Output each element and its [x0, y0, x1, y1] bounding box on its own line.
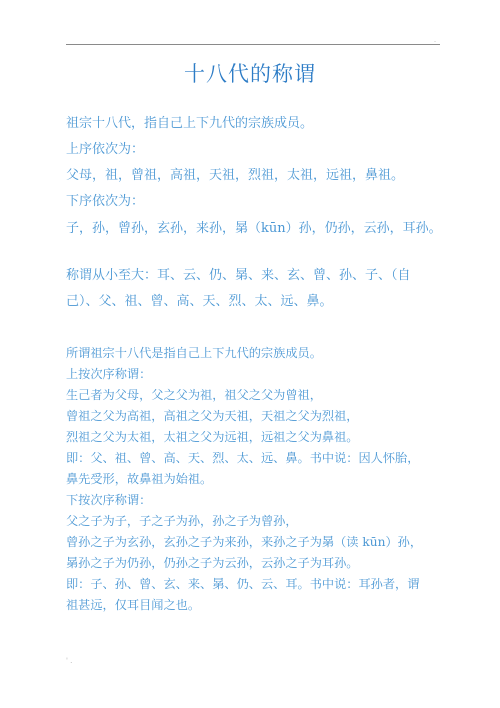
paragraph-line: 父之子为子，子之子为孙，孙之子为曾孙， — [66, 512, 298, 529]
paragraph-line: 所谓祖宗十八代是指自己上下九代的宗族成员。 — [66, 344, 322, 361]
paragraph-line: 称谓从小至大：耳、云、仍、晜、来、玄、曾、孙、子、（自 — [66, 264, 411, 283]
paragraph-line: 上按次序称谓： — [66, 365, 151, 382]
header-mark: - — [434, 38, 436, 45]
paragraph-line: 祖宗十八代，指自己上下九代的宗族成员。 — [66, 112, 313, 131]
paragraph-line: 父母，祖，曾祖，高祖，天祖，烈祖，太祖，远祖，鼻祖。 — [66, 164, 404, 183]
paragraph-line: 己）、父、祖、曾、高、天、烈、太、远、鼻。 — [66, 290, 333, 309]
paragraph-line: 生己者为父母，父之父为祖，祖父之父为曾祖， — [66, 386, 322, 403]
paragraph-line: 烈祖之父为太祖，太祖之父为远祖，远祖之父为鼻祖。 — [66, 428, 359, 445]
paragraph-line: 晜孙之子为仍孙，仍孙之子为云孙，云孙之子为耳孙。 — [66, 554, 359, 571]
paragraph-line: 下序依次为： — [66, 190, 144, 209]
paragraph-line: 曾孙之子为玄孙，玄孙之子为来孙，来孙之子为晜（读 kūn）孙， — [66, 533, 422, 550]
header-rule — [66, 44, 440, 45]
paragraph-line: 曾祖之父为高祖，高祖之父为天祖，天祖之父为烈祖， — [66, 407, 359, 424]
paragraph-line: 即：子、孙、曾、玄、来、晜、仍、云、耳。书中说：耳孙者，谓 — [66, 575, 419, 592]
paragraph-line: 下按次序称谓： — [66, 491, 151, 508]
paragraph-line: 鼻先受形，故鼻祖为始祖。 — [66, 470, 212, 487]
footer-mark: ' . — [66, 657, 72, 665]
paragraph-line: 子，孙，曾孙，玄孙，来孙，晜（kūn）孙，仍孙，云孙，耳孙。 — [66, 217, 442, 236]
page-title: 十八代的称谓 — [0, 58, 500, 88]
paragraph-line: 祖甚远，仅耳目闻之也。 — [66, 596, 200, 613]
paragraph-line: 上序依次为： — [66, 138, 144, 157]
paragraph-line: 即：父、祖、曾、高、天、烈、太、远、鼻。书中说：因人怀胎， — [66, 449, 419, 466]
